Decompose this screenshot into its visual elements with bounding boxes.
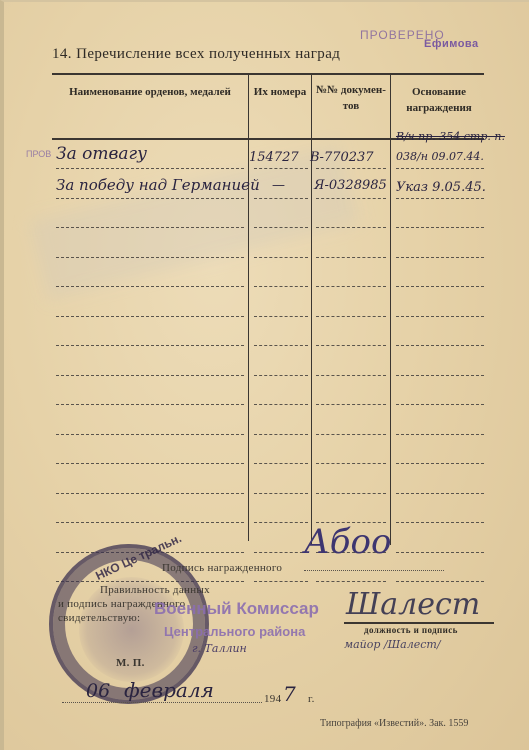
commissar-stamp-line1: Военный Комиссар — [154, 599, 319, 619]
row-rule — [316, 198, 386, 199]
row-rule — [254, 257, 308, 258]
row-rule — [396, 463, 484, 464]
row-rule — [396, 316, 484, 317]
row-rule — [254, 198, 308, 199]
row-rule — [56, 493, 244, 494]
recipient-signature-line — [304, 570, 444, 571]
position-handwritten: майор /Шалест/ — [344, 638, 441, 651]
award-basis-2: Указ 9.05.45. — [396, 180, 486, 195]
date-year-prefix: 194 — [264, 693, 281, 705]
row-rule — [316, 463, 386, 464]
row-rule — [396, 286, 484, 287]
row-rule — [254, 168, 308, 169]
row-rule — [396, 404, 484, 405]
row-rule — [254, 434, 308, 435]
row-rule — [396, 375, 484, 376]
row-rule — [56, 316, 244, 317]
row-rule — [56, 463, 244, 464]
row-rule — [254, 404, 308, 405]
row-rule — [56, 257, 244, 258]
award-basis-struck-1: В/ч пр. 354 стр. п. — [396, 130, 505, 143]
row-rule — [396, 434, 484, 435]
award-basis-1: 038/н 09.07.44. — [396, 150, 484, 163]
row-rule — [254, 345, 308, 346]
row-rule — [254, 552, 308, 553]
printer-line: Типография «Известий». Зак. 1559 — [320, 718, 468, 729]
date-year-suffix: 7 — [283, 682, 296, 706]
row-rule — [316, 345, 386, 346]
row-rule — [254, 227, 308, 228]
award-record-page: ПРОВЕРЕНО Ефимова 14. Перечисление всех … — [0, 0, 529, 750]
row-rule — [254, 581, 308, 582]
date-line — [62, 702, 262, 703]
row-rule — [56, 434, 244, 435]
row-rule — [396, 552, 484, 553]
row-rule — [396, 257, 484, 258]
row-rule — [316, 316, 386, 317]
row-rule — [396, 227, 484, 228]
row-rule — [254, 493, 308, 494]
award-name-2: За победу над Германией — [56, 176, 260, 194]
row-rule — [56, 375, 244, 376]
column-divider — [390, 75, 391, 545]
row-rule — [316, 375, 386, 376]
commissar-city: г. Таллин — [192, 642, 247, 655]
row-rule — [396, 345, 484, 346]
row-rule — [396, 168, 484, 169]
row-rule — [396, 522, 484, 523]
date-year-unit: г. — [308, 693, 315, 705]
date-month: февраля — [124, 678, 214, 702]
row-rule — [56, 286, 244, 287]
row-rule — [254, 316, 308, 317]
award-document-1: В-770237 — [310, 150, 374, 165]
row-rule — [316, 227, 386, 228]
row-rule — [316, 434, 386, 435]
position-label: должность и подпись — [364, 625, 458, 635]
row-rule — [316, 404, 386, 405]
row-rule — [56, 345, 244, 346]
row-rule — [396, 581, 484, 582]
row-rule — [316, 286, 386, 287]
commissar-signature: Шалест — [346, 587, 480, 622]
row-rule — [316, 581, 386, 582]
award-document-2: Я-0328985 — [314, 178, 387, 193]
row-rule — [56, 168, 244, 169]
award-number-2: — — [272, 178, 285, 193]
award-name-1: За отвагу — [56, 144, 147, 164]
date-day: 06 — [86, 680, 110, 702]
commissar-stamp-line2: Центрального района — [164, 624, 305, 639]
row-rule — [56, 404, 244, 405]
row-rule — [396, 198, 484, 199]
position-signature-line — [344, 622, 494, 624]
column-divider — [311, 75, 312, 545]
section-title: 14. Перечисление всех полученных наград — [52, 46, 340, 63]
row-rule — [254, 522, 308, 523]
row-rule — [254, 463, 308, 464]
row-rule — [254, 286, 308, 287]
row-rule — [254, 375, 308, 376]
row-rule — [316, 168, 386, 169]
header-documents: №№ докумен-тов — [314, 82, 388, 114]
award-number-1: 154727 — [249, 150, 299, 165]
recipient-signature-label: Подпись награжденного — [162, 562, 282, 574]
correctness-label-1: Правильность данных — [100, 584, 210, 596]
seal-place-label: М. П. — [116, 657, 145, 669]
header-basis: Основание награждения — [394, 84, 484, 116]
header-award-name: Наименование орденов, медалей — [54, 84, 246, 100]
row-rule — [56, 522, 244, 523]
recipient-signature: Абоо — [304, 522, 391, 562]
correctness-label-3: свидетельствую: — [58, 612, 140, 624]
row-rule — [316, 493, 386, 494]
row-rule — [316, 257, 386, 258]
column-divider — [248, 75, 249, 541]
table-top-rule — [52, 73, 484, 75]
checked-stamp-name: Ефимова — [424, 38, 479, 50]
stamp-fragment: ПРОВ — [26, 149, 51, 159]
header-numbers: Их номера — [250, 84, 310, 100]
row-rule — [56, 198, 244, 199]
row-rule — [396, 493, 484, 494]
row-rule — [56, 227, 244, 228]
